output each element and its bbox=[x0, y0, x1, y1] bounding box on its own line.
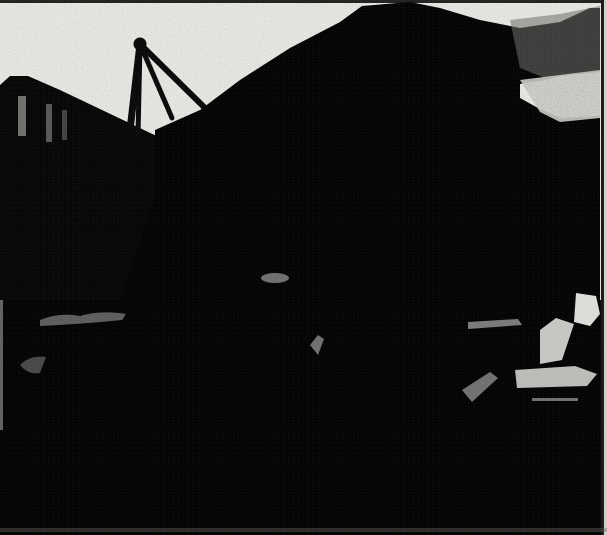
newspaper-photograph bbox=[0, 0, 607, 535]
photo-scene bbox=[0, 0, 607, 535]
